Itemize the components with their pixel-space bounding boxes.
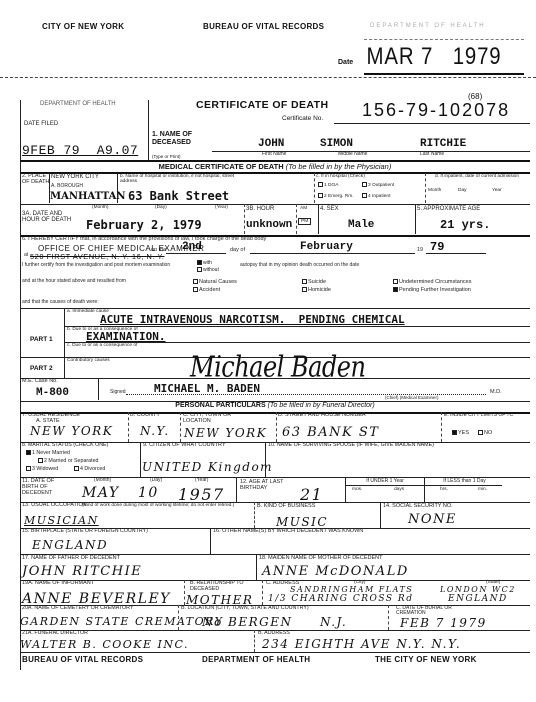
dob-day-label: (Day): [150, 478, 162, 483]
business-divider: [254, 502, 255, 528]
age-last-label: 12. AGE AT LAST BIRTHDAY: [240, 480, 290, 492]
due-to-c-label: c. Due to or as a consequence of: [67, 343, 137, 348]
marital-married[interactable]: 2 Married or Separated: [38, 458, 98, 464]
spouse-label: 10. NAME OF SURVIVING SPOUSE (If wife, g…: [268, 443, 434, 449]
divorced-checkbox[interactable]: [74, 466, 79, 471]
cause-accident[interactable]: Accident: [193, 287, 220, 294]
certify-line-3: I further certify from the investigation…: [22, 263, 170, 268]
causes-intro: and that the causes of death were:: [22, 300, 99, 305]
never-married-checkbox[interactable]: [26, 450, 31, 455]
business-value: MUSIC: [276, 515, 328, 529]
mother-value: ANNE McDONALD: [262, 564, 409, 579]
inside-city-yes[interactable]: YES: [452, 430, 469, 437]
immediate-cause-value: ACUTE INTRAVENOUS NARCOTISM. PENDING CHE…: [100, 313, 405, 326]
year-prefix: 19: [417, 248, 423, 254]
funeral-address-divider: [254, 630, 255, 652]
year-underline: [426, 253, 486, 254]
inpatient-year-label: Year: [492, 188, 502, 193]
mother-divider: [256, 554, 257, 580]
in-hospital-label: c. If in hospital (Check): [316, 174, 365, 179]
funeral-director-value: WALTER B. COOKE INC.: [20, 638, 189, 651]
undetermined-label: Undetermined Circumstances: [399, 279, 471, 285]
occupation-label: 13. USUAL OCCUPATION: [22, 503, 87, 509]
never-married-label: 1 Never Married: [32, 450, 70, 456]
marital-divorced[interactable]: 4 Divorced: [74, 466, 105, 472]
emerg-label: 2 Emerg. Rm.: [324, 194, 354, 199]
address-divider: [262, 580, 263, 605]
outpatient-checkbox[interactable]: [362, 182, 367, 187]
informant-address-city: LONDON WC2: [440, 585, 516, 594]
date-stamp-label: Date: [338, 59, 353, 66]
ssn-label: 14. SOCIAL SECURITY NO.: [383, 504, 453, 510]
widowed-label: 3 Widowed: [32, 466, 58, 472]
signed-label: Signed: [110, 390, 126, 395]
place-of-death-label: 2. PLACE OF DEATH: [22, 174, 50, 186]
ssn-divider: [380, 502, 381, 528]
option-inpatient[interactable]: 4 Inpatient: [362, 193, 390, 199]
county-divider: [128, 412, 129, 442]
suicide-label: Suicide: [308, 279, 326, 285]
dod-day-label: (Day): [155, 205, 167, 210]
borough-label: a. BOROUGH: [51, 184, 83, 189]
deceased-label-num: 1.: [152, 131, 158, 138]
on-the-label: on the: [151, 248, 166, 254]
homicide-label: Homicide: [308, 287, 331, 293]
divorced-label: 4 Divorced: [80, 466, 105, 472]
dob-year-label: (Year): [195, 478, 208, 483]
birthplace-label: 15. BIRTHPLACE (State or Foreign Country…: [22, 529, 148, 535]
filing-divider: [148, 100, 149, 160]
at-label: at: [24, 253, 28, 258]
suicide-checkbox[interactable]: [302, 279, 307, 284]
street-label: d. STREET AND HOUSE NUMBER: [278, 413, 366, 419]
date-stamp-value: MAR 7 1979: [364, 40, 500, 71]
inpatient-day-label: Day: [458, 188, 467, 193]
funeral-address-label: b. ADDRESS: [258, 631, 290, 637]
hour-divider: [244, 204, 245, 234]
mos-label: mos.: [352, 487, 362, 492]
pending-label: Pending Further Investigation: [399, 287, 471, 293]
approx-age-label: 5. APPROXIMATE AGE: [417, 206, 480, 212]
inside-city-label: e. INSIDE CITY LIMITS OF 7c: [444, 413, 524, 418]
inside-city-divider: [441, 412, 442, 442]
header-divider: [0, 77, 536, 78]
case-no-label: M.E. Case No.: [22, 379, 58, 385]
county-label: b. COUNTY: [130, 413, 160, 419]
without-option[interactable]: without: [197, 267, 219, 273]
case-divider: [98, 378, 99, 400]
ssn-value: NONE: [408, 512, 457, 527]
state-value: NEW YORK: [30, 424, 113, 438]
day-underline: [166, 253, 226, 254]
contributory-label: Contributory causes: [67, 358, 110, 363]
relationship-label: b. RELATIONSHIP TO DECEASED: [190, 581, 262, 592]
relationship-divider: [184, 580, 185, 605]
dod-year-label: (Year): [215, 205, 228, 210]
cause-natural[interactable]: Natural Causes: [193, 279, 237, 286]
funeral-director-label: 21a. FUNERAL DIRECTOR: [22, 631, 88, 637]
office-address: 520 FIRST AVENUE, N. Y. 16, N. Y.: [30, 252, 164, 261]
certify-month-value: February: [300, 241, 353, 253]
county-value: N.Y.: [140, 424, 170, 438]
date-of-death-label: 3a. DATE AND HOUR OF DEATH: [22, 211, 77, 224]
day-of-label: day of: [230, 248, 245, 254]
header-dept-stamp-faded: DEPARTMENT OF HEALTH: [370, 23, 486, 29]
certificate-number-line: [334, 123, 530, 124]
occupation-value: MUSICIAN: [24, 514, 99, 527]
citizen-label: 9. CITIZEN OF WHAT COUNTRY: [143, 443, 226, 449]
cemetery-label: 20a. NAME OF CEMETERY OR CREMATORY: [22, 606, 133, 612]
date-of-death-value: February 2, 1979: [86, 218, 202, 232]
hrs-label: hrs.: [440, 487, 448, 492]
borough-divider: [117, 173, 118, 203]
dob-day-value: 10: [138, 485, 159, 501]
sex-divider: [318, 204, 319, 234]
mother-label: 18. MAIDEN NAME OF MOTHER OF DECEDENT: [259, 556, 382, 562]
filing-dept-label: DEPARTMENT OF HEALTH: [40, 101, 116, 107]
option-outpatient[interactable]: 3 Outpatient: [362, 182, 394, 188]
name-underline: [212, 151, 530, 152]
inside-city-no[interactable]: NO: [478, 430, 492, 437]
hospital-label: b. Name of hospital or institution, if n…: [120, 174, 250, 184]
cause-undetermined[interactable]: Undetermined Circumstances: [393, 279, 471, 286]
birthplace-value: ENGLAND: [32, 538, 108, 552]
street-divider: [276, 412, 277, 442]
cemetery-location-label: b. LOCATION (City, Town, State and Count…: [181, 606, 309, 612]
dob-month-label: (Month): [94, 478, 111, 483]
funeral-address-value: 234 EIGHTH AVE N.Y. N.Y.: [262, 637, 461, 651]
funeral-bottom-rule: [20, 652, 530, 653]
undetermined-checkbox[interactable]: [393, 279, 398, 284]
deceased-label-text: NAME OF DECEASED: [152, 131, 192, 146]
informant-address-line2: 1/3 CHARING CROSS Rd: [268, 594, 413, 604]
date-filed-value: 9FEB 79 A9.07: [22, 143, 138, 158]
certificate-title: CERTIFICATE OF DEATH: [196, 99, 328, 111]
certify-line-3-end: autopsy that in my opinion death occurre…: [240, 263, 359, 268]
cause-homicide[interactable]: Homicide: [302, 287, 331, 294]
with-option[interactable]: with: [197, 260, 212, 266]
md-label: M.D.: [490, 390, 502, 396]
other-names-divider: [210, 528, 211, 554]
under-year-label: If UNDER 1 Year: [348, 479, 422, 484]
homicide-checkbox[interactable]: [302, 287, 307, 292]
option-emerg[interactable]: 2 Emerg. Rm.: [318, 193, 354, 199]
citizen-divider: [140, 442, 141, 477]
cause-pending[interactable]: Pending Further Investigation: [393, 287, 471, 294]
hospital-divider: [314, 173, 315, 203]
hour-value: unknown: [246, 219, 292, 231]
under-day-label: If LESS than 1 Day: [427, 479, 502, 484]
dob-month-value: MAY: [82, 485, 120, 501]
city-divider: [180, 412, 181, 442]
min-label: min.: [478, 487, 487, 492]
under-day-divider: [424, 477, 425, 502]
age-last-divider: [236, 477, 237, 502]
informant-address-country: ENGLAND: [448, 594, 508, 604]
spouse-divider: [265, 442, 266, 477]
nyc-label: NEW YORK CITY: [51, 174, 99, 180]
burial-date-divider: [388, 605, 389, 630]
marital-label: 8. MARITAL STATUS (Check one): [22, 443, 108, 449]
certify-day-value: 2nd: [182, 241, 202, 253]
outpatient-label: 3 Outpatient: [368, 183, 394, 188]
month-underline: [250, 253, 415, 254]
married-label: 2 Married or Separated: [44, 458, 98, 464]
inpatient-divider: [425, 173, 426, 203]
under-year-divider: [345, 477, 346, 502]
hour-label: 3b. HOUR: [246, 206, 274, 212]
other-names-label: 16. OTHER NAME(S) BY WHICH DECEDENT WAS …: [213, 529, 363, 535]
certify-line-4: and at the hour stated above and resulte…: [22, 279, 126, 284]
medical-section-title: MEDICAL CERTIFICATE OF DEATH: [159, 162, 284, 171]
marital-widowed[interactable]: 3 Widowed: [26, 466, 58, 472]
medical-section-header: MEDICAL CERTIFICATE OF DEATH (To be fill…: [20, 162, 530, 171]
sex-label: 4. SEX: [320, 206, 339, 212]
dob-label: 11. DATE OF BIRTH OF DECEDENT: [22, 479, 72, 496]
certificate-number: 156-79-102078: [362, 100, 510, 121]
last-name-label: Last Name: [420, 152, 444, 157]
hospital-value: 63 Bank Street: [128, 189, 229, 203]
chief-me-label: (Chief) (Medical Examiner): [385, 396, 439, 401]
informant-label: 19a. NAME OF INFORMANT: [22, 581, 94, 587]
part2-label: PART 2: [30, 365, 53, 372]
burial-date-value: FEB 7 1979: [400, 616, 487, 630]
marital-never[interactable]: 1 Never Married: [26, 450, 70, 456]
certify-line-1: 6. I HEREBY CERTIFY that, in accordance …: [22, 237, 266, 243]
footer-bureau: BUREAU OF VITAL RECORDS: [22, 655, 143, 664]
deceased-type-note: (Type or Print): [152, 154, 181, 159]
residence-city-label: c. CITY, TOWN OR LOCATION: [183, 413, 243, 425]
natural-label: Natural Causes: [199, 279, 237, 285]
citizen-value: UNITED Kingdom: [142, 460, 273, 474]
part1-label: PART 1: [30, 336, 53, 343]
certificate-number-superscript: (68): [468, 92, 482, 101]
deceased-middle-name: SIMON: [320, 138, 353, 150]
informant-address-line1: SANDRINGHAM FLATS: [290, 585, 413, 594]
without-label: without: [203, 267, 219, 273]
with-label: with: [203, 260, 212, 266]
footer-city: THE CITY OF NEW YORK: [375, 655, 477, 664]
borough-value: MANHATTAN: [50, 191, 126, 202]
inpatient-date-label: d. If inpatient, date of current admissi…: [427, 174, 527, 179]
inpatient-month-label: Month: [428, 188, 441, 193]
pending-checkbox[interactable]: [393, 287, 398, 292]
part2-bottom-line: [20, 378, 530, 379]
certify-year-value: 79: [430, 240, 444, 254]
burial-date-label: c. DATE OF BURIAL OR CREMATION: [396, 606, 476, 617]
header-bureau: BUREAU OF VITAL RECORDS: [203, 22, 324, 31]
yes-checkbox[interactable]: [452, 430, 457, 435]
accident-checkbox[interactable]: [193, 287, 198, 292]
middle-name-label: Middle Name: [338, 152, 367, 157]
accident-label: Accident: [199, 287, 220, 293]
yes-label: YES: [458, 430, 469, 436]
cemetery-value: GARDEN STATE CREMATORY: [20, 615, 223, 628]
natural-checkbox[interactable]: [193, 279, 198, 284]
date-filed-label: DATE FILED: [24, 121, 58, 127]
deceased-last-name: RITCHIE: [420, 138, 466, 150]
street-value: 63 BANK ST: [282, 425, 379, 440]
business-label: b. KIND OF BUSINESS: [257, 504, 315, 510]
no-label: NO: [484, 430, 492, 436]
certificate-number-label: Certificate No.: [282, 115, 323, 122]
father-value: JOHN RITCHIE: [22, 564, 142, 579]
deceased-name-label: 1. NAME OF DECEASED: [152, 131, 212, 146]
sex-value: Male: [348, 219, 374, 231]
doa-checkbox[interactable]: [318, 182, 323, 187]
pm-label: PM: [298, 218, 311, 225]
parts-divider: [64, 308, 65, 378]
ampm-divider: [296, 204, 297, 234]
age-sub-rule: [346, 485, 502, 486]
cemetery-location-state: N.J.: [320, 615, 347, 629]
emerg-checkbox[interactable]: [318, 193, 323, 198]
am-label: AM: [300, 206, 307, 211]
medical-section-subtitle: (To be filled in by the Physician): [286, 162, 392, 171]
case-no-value: M-800: [36, 387, 69, 399]
date-stamp-box: MAR 7 1979: [364, 39, 524, 75]
inpatient-checkbox[interactable]: [362, 193, 367, 198]
residence-city-value: NEW YORK: [184, 426, 267, 440]
approx-age-value: 21 yrs.: [440, 218, 490, 232]
personal-section-subtitle: (To be filled in by Funeral Director): [268, 402, 375, 409]
personal-section-title: PERSONAL PARTICULARS: [175, 402, 265, 409]
widowed-checkbox[interactable]: [26, 466, 31, 471]
first-name-label: First Name: [262, 152, 286, 157]
cause-suicide[interactable]: Suicide: [302, 279, 326, 286]
inpatient-label: 4 Inpatient: [368, 194, 390, 199]
footer-department: DEPARTMENT OF HEALTH: [202, 655, 310, 664]
with-autopsy-checkbox[interactable]: [197, 260, 202, 265]
occupation-note: (Kind of work done during most of workin…: [82, 503, 242, 508]
option-doa[interactable]: 1 DOA: [318, 182, 338, 188]
location-divider: [178, 605, 179, 630]
no-checkbox[interactable]: [478, 430, 483, 435]
age-divider: [415, 204, 416, 234]
days-label: days: [394, 487, 404, 492]
father-label: 17. NAME OF FATHER OF DECEDENT: [22, 556, 120, 562]
header-city: CITY OF NEW YORK: [42, 22, 124, 31]
personal-section-header: PERSONAL PARTICULARS (To be filled in by…: [20, 402, 530, 409]
married-checkbox[interactable]: [38, 458, 43, 463]
without-autopsy-checkbox[interactable]: [197, 267, 202, 272]
dod-month-label: (Month): [92, 205, 109, 210]
cemetery-location-value: No BERGEN: [202, 615, 293, 629]
doa-label: 1 DOA: [324, 183, 338, 188]
deceased-first-name: JOHN: [258, 138, 284, 150]
